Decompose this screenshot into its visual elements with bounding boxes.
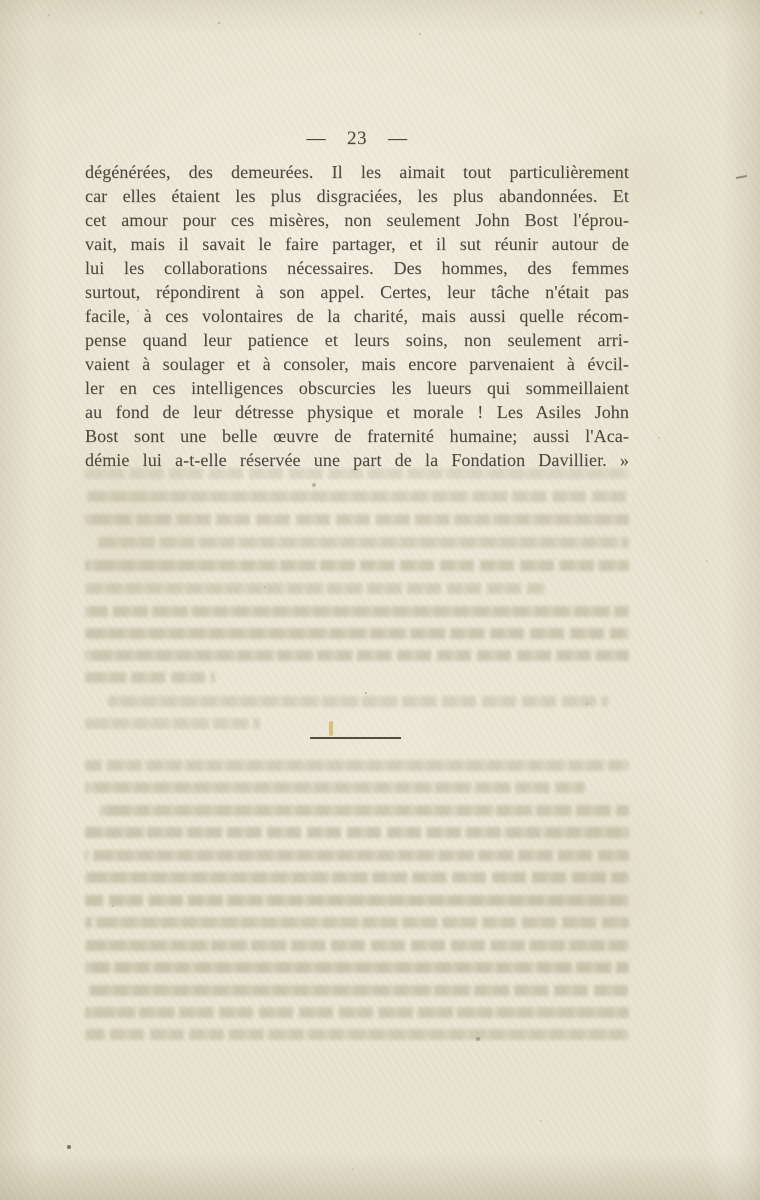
- bleedthrough-line: [85, 940, 629, 951]
- text-line: démie lui a-t-elle réservée une part de …: [85, 448, 629, 472]
- text-line: surtout, répondirent à son appel. Certes…: [85, 280, 629, 304]
- page-number: 23: [347, 128, 367, 149]
- header-dash-left: —: [307, 128, 327, 149]
- bleedthrough-line: [85, 650, 629, 661]
- bleedthrough-line: [108, 696, 608, 707]
- text-line: cet amour pour ces misères, non seulemen…: [85, 208, 629, 232]
- paper-stain: [329, 721, 333, 736]
- text-line: vait, mais il savait le faire partager, …: [85, 232, 629, 256]
- paper-specks: [0, 0, 2, 2]
- text-line: dégénérées, des demeurées. Il les aimait…: [85, 160, 629, 184]
- header-dash-right: —: [388, 128, 408, 149]
- bleedthrough-line: [85, 782, 585, 793]
- text-line: au fond de leur détresse physique et mor…: [85, 400, 629, 424]
- text-line: lui les collaborations nécessaires. Des …: [85, 256, 629, 280]
- bleedthrough-line: [85, 606, 629, 617]
- bleedthrough-line: [85, 895, 629, 906]
- bleedthrough-line: [98, 537, 629, 548]
- bleedthrough-line: [85, 672, 215, 683]
- text-line: Bost sont une belle œuvre de fraternité …: [85, 424, 629, 448]
- section-divider-rule: [310, 737, 401, 739]
- text-line: pense quand leur patience et leurs soins…: [85, 328, 629, 352]
- text-line: car elles étaient les plus disgraciées, …: [85, 184, 629, 208]
- page-header: —23—: [85, 126, 629, 152]
- bleedthrough-line: [85, 491, 629, 502]
- bleedthrough-line: [85, 985, 629, 996]
- text-line: vaient à soulager et à consoler, mais en…: [85, 352, 629, 376]
- bleedthrough-line: [85, 760, 629, 771]
- bleedthrough-line: [85, 1029, 629, 1040]
- bleedthrough-line: [85, 514, 629, 525]
- bleedthrough-line: [85, 718, 260, 729]
- bleedthrough-line: [85, 560, 629, 571]
- scanned-page: —23— dégénérées, des demeurées. Il les a…: [0, 0, 760, 1200]
- bleedthrough-line: [85, 827, 629, 838]
- bleedthrough-line: [85, 1007, 629, 1018]
- bleedthrough-line: [85, 917, 629, 928]
- body-text: dégénérées, des demeurées. Il les aimait…: [85, 160, 629, 472]
- text-line: facile, à ces volontaires de la charité,…: [85, 304, 629, 328]
- bleedthrough-line: [100, 805, 629, 816]
- ink-mark: [736, 175, 747, 179]
- bleedthrough-line: [85, 583, 545, 594]
- text-line: ler en ces intelligences obscurcies les …: [85, 376, 629, 400]
- bleedthrough-line: [85, 628, 629, 639]
- bleedthrough-line: [85, 962, 629, 973]
- bleedthrough-line: [85, 850, 629, 861]
- bleedthrough-line: [85, 872, 629, 883]
